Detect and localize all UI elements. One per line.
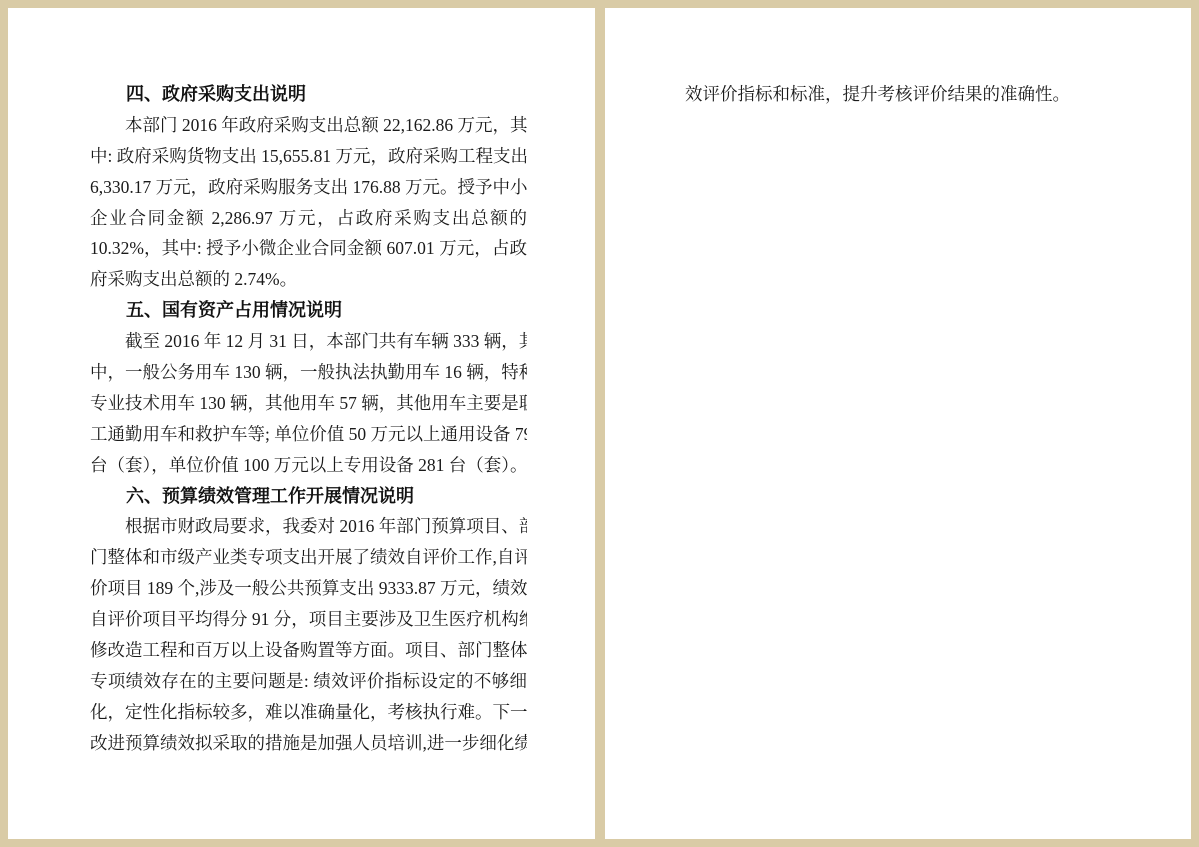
document-viewer: 四、政府采购支出说明本部门 2016 年政府采购支出总额 22,162.86 万…	[0, 0, 1199, 847]
text-line: 府采购支出总额的 2.74%。	[90, 264, 527, 295]
page-right: 效评价指标和标准，提升考核评价结果的准确性。	[605, 8, 1191, 839]
text-line: 台（套），单位价值 100 万元以上专用设备 281 台（套）。	[90, 450, 527, 481]
text-line: 专业技术用车 130 辆，其他用车 57 辆，其他用车主要是职	[90, 388, 527, 419]
text-line: 本部门 2016 年政府采购支出总额 22,162.86 万元，其	[90, 110, 527, 141]
text-line: 截至 2016 年 12 月 31 日，本部门共有车辆 333 辆，其	[90, 326, 527, 357]
page-left: 四、政府采购支出说明本部门 2016 年政府采购支出总额 22,162.86 万…	[8, 8, 595, 839]
text-line: 企业合同金额 2,286.97 万元，占政府采购支出总额的	[90, 203, 527, 234]
text-line: 专项绩效存在的主要问题是: 绩效评价指标设定的不够细	[90, 666, 527, 697]
text-line: 中，一般公务用车 130 辆，一般执法执勤用车 16 辆，特种	[90, 357, 527, 388]
page-right-text-block: 效评价指标和标准，提升考核评价结果的准确性。	[685, 79, 1125, 110]
section-heading: 四、政府采购支出说明	[90, 79, 527, 110]
text-line: 价项目 189 个,涉及一般公共预算支出 9333.87 万元，绩效	[90, 573, 527, 604]
section-heading: 五、国有资产占用情况说明	[90, 295, 527, 326]
text-line: 效评价指标和标准，提升考核评价结果的准确性。	[685, 79, 1125, 110]
text-line: 改进预算绩效拟采取的措施是加强人员培训,进一步细化绩	[90, 728, 527, 759]
text-line: 中: 政府采购货物支出 15,655.81 万元，政府采购工程支出	[90, 141, 527, 172]
text-line: 10.32%，其中: 授予小微企业合同金额 607.01 万元，占政	[90, 233, 527, 264]
text-line: 根据市财政局要求，我委对 2016 年部门预算项目、部	[90, 511, 527, 542]
text-line: 修改造工程和百万以上设备购置等方面。项目、部门整体和	[90, 635, 527, 666]
text-line: 工通勤用车和救护车等; 单位价值 50 万元以上通用设备 79	[90, 419, 527, 450]
section-heading: 六、预算绩效管理工作开展情况说明	[90, 481, 527, 512]
text-line: 门整体和市级产业类专项支出开展了绩效自评价工作,自评	[90, 542, 527, 573]
page-left-text-block: 四、政府采购支出说明本部门 2016 年政府采购支出总额 22,162.86 万…	[90, 79, 527, 759]
text-line: 6,330.17 万元，政府采购服务支出 176.88 万元。授予中小	[90, 172, 527, 203]
text-line: 化，定性化指标较多，难以准确量化，考核执行难。下一步	[90, 697, 527, 728]
text-line: 自评价项目平均得分 91 分，项目主要涉及卫生医疗机构维	[90, 604, 527, 635]
